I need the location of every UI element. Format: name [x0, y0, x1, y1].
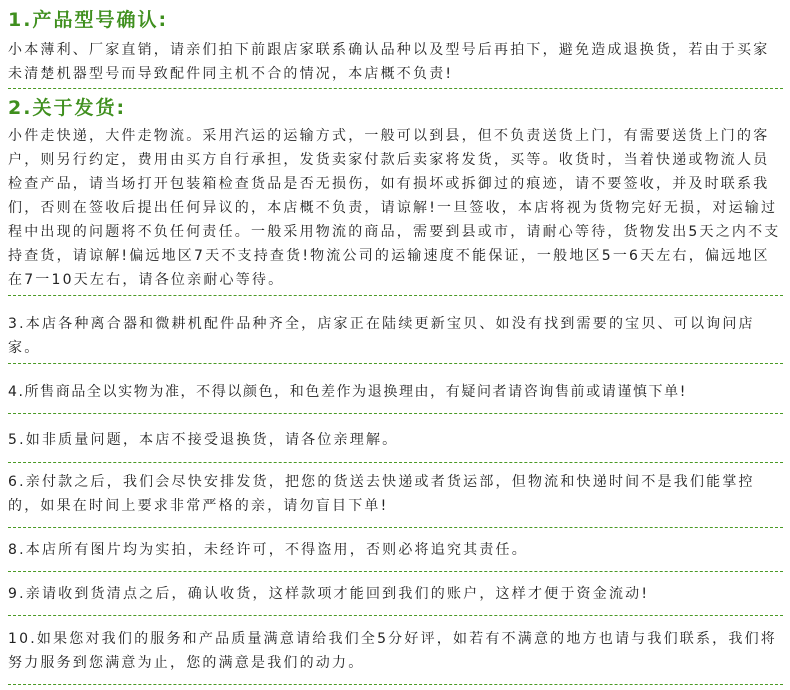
policy-item-10: 10.如果您对我们的服务和产品质量满意请给我们全5分好评，如若有不满意的地方也请… [8, 627, 783, 675]
section-shipping: 2.关于发货: 小件走快递，大件走物流。采用汽运的运输方式，一般可以到县，但不负… [8, 96, 783, 292]
section-body: 小件走快递，大件走物流。采用汽运的运输方式，一般可以到县，但不负责送货上门，有需… [8, 124, 783, 292]
policy-item-text: 9.亲请收到货清点之后，确认收货，这样款项才能回到我们的账户，这样才便于资金流动… [8, 582, 783, 606]
policy-item-text: 4.所售商品全以实物为准，不得以颜色，和色差作为退换理由，有疑问者请咨询售前或请… [8, 380, 783, 404]
divider [8, 88, 783, 89]
divider [8, 413, 783, 414]
policy-item-6: 6.亲付款之后，我们会尽快安排发货，把您的货送去快递或者货运部，但物流和快递时间… [8, 470, 783, 518]
divider [8, 295, 783, 296]
policy-item-text: 10.如果您对我们的服务和产品质量满意请给我们全5分好评，如若有不满意的地方也请… [8, 627, 783, 675]
section-heading: 1.产品型号确认: [8, 8, 783, 32]
divider [8, 571, 783, 572]
policy-item-text: 8.本店所有图片均为实拍，未经许可，不得盗用，否则必将追究其责任。 [8, 538, 783, 562]
policy-item-3: 3.本店各种离合器和微耕机配件品种齐全，店家正在陆续更新宝贝、如没有找到需要的宝… [8, 312, 783, 360]
policy-item-text: 3.本店各种离合器和微耕机配件品种齐全，店家正在陆续更新宝贝、如没有找到需要的宝… [8, 312, 783, 360]
divider [8, 684, 783, 685]
policy-item-4: 4.所售商品全以实物为准，不得以颜色，和色差作为退换理由，有疑问者请咨询售前或请… [8, 380, 783, 404]
section-heading: 2.关于发货: [8, 96, 783, 120]
divider [8, 615, 783, 616]
divider [8, 462, 783, 463]
section-body: 小本薄利、厂家直销，请亲们拍下前跟店家联系确认品种以及型号后再拍下，避免造成退换… [8, 38, 783, 86]
policy-item-8: 8.本店所有图片均为实拍，未经许可，不得盗用，否则必将追究其责任。 [8, 538, 783, 562]
divider [8, 363, 783, 364]
policy-item-5: 5.如非质量问题，本店不接受退换货，请各位亲理解。 [8, 428, 783, 452]
policy-item-text: 5.如非质量问题，本店不接受退换货，请各位亲理解。 [8, 428, 783, 452]
divider [8, 527, 783, 528]
policy-item-9: 9.亲请收到货清点之后，确认收货，这样款项才能回到我们的账户，这样才便于资金流动… [8, 582, 783, 606]
store-policy-notice: 1.产品型号确认: 小本薄利、厂家直销，请亲们拍下前跟店家联系确认品种以及型号后… [0, 0, 790, 690]
policy-item-text: 6.亲付款之后，我们会尽快安排发货，把您的货送去快递或者货运部，但物流和快递时间… [8, 470, 783, 518]
section-product-model-confirmation: 1.产品型号确认: 小本薄利、厂家直销，请亲们拍下前跟店家联系确认品种以及型号后… [8, 8, 783, 86]
